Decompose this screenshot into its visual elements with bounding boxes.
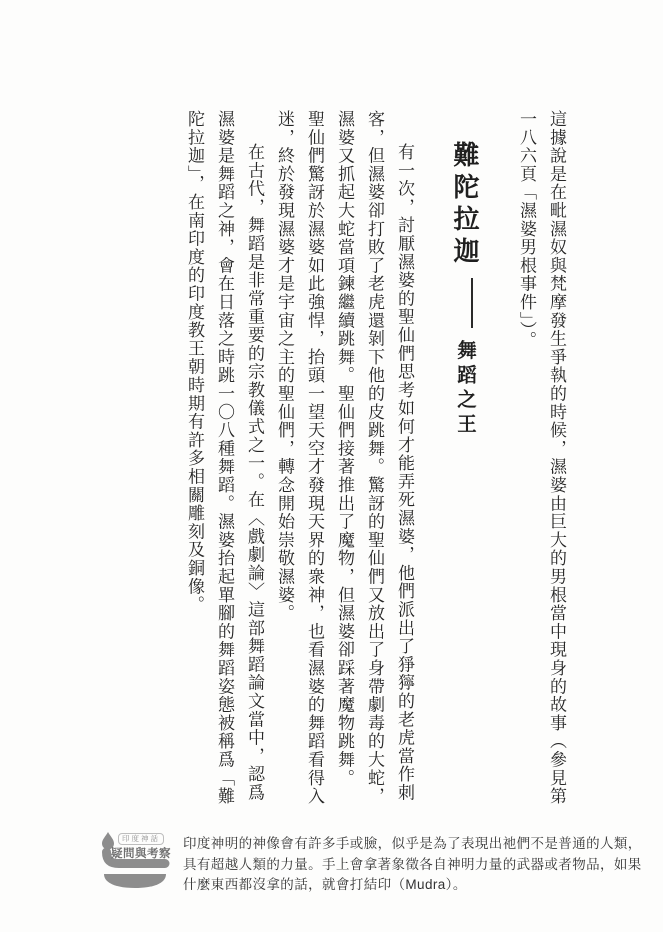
text-column: 聖仙們驚訝於濕婆如此強悍，抬頭一望天空才發現天界的衆神，也看濕婆的舞蹈看得入 <box>299 110 329 810</box>
footer-text-line: 具有超越人類的力量。手上會拿著象徵各自神明力量的武器或者物品，如果 <box>183 855 642 876</box>
heading-sub: 舞蹈之王 <box>454 340 476 438</box>
text-column: 陀拉迦」，在南印度的印度教王朝時期有許多相關雕刻及銅像。 <box>179 110 209 810</box>
book-page: { "main_text": { "intro_note_columns": [… <box>0 0 663 932</box>
series-title-small: 印度神話 <box>118 833 164 845</box>
text-column: 客，但濕婆卻打敗了老虎還剝下他的皮跳舞。驚訝的聖仙們又放出了身帶劇毒的大蛇， <box>359 110 389 810</box>
text-column: 一八六頁「濕婆男根事件」）。 <box>511 110 541 810</box>
text-column: 迷，終於發現濕婆才是宇宙之主的聖仙們，轉念開始崇敬濕婆。 <box>269 110 299 810</box>
text-column: 濕婆又抓起大蛇當項鍊繼續跳舞。聖仙們接著推出了魔物，但濕婆卻踩著魔物跳舞。 <box>329 110 359 810</box>
footer-text-line: 印度神明的神像會有許多手或臉，似乎是為了表現出祂們不是普通的人類， <box>183 834 642 855</box>
main-text-block: 這據說是在毗濕奴與梵摩發生爭執的時候，濕婆由巨大的男根當中現身的故事（參見第一八… <box>179 110 571 810</box>
text-column: 在古代，舞蹈是非常重要的宗教儀式之一。在〈戲劇論〉這部舞蹈論文當中，認爲 <box>239 110 269 810</box>
footer-text: 印度神明的神像會有許多手或臉，似乎是為了表現出祂們不是普通的人類，具有超越人類的… <box>183 830 642 896</box>
footer-text-line: 什麼東西都沒拿的話，就會打結印（Mudra）。 <box>183 875 642 896</box>
heading-main: 難陀拉迦 <box>450 141 480 269</box>
text-column: 有一次，討厭濕婆的聖仙們思考如何才能弄死濕婆，他們派出了猙獰的老虎當作刺 <box>389 110 419 810</box>
text-column: 這據說是在毗濕奴與梵摩發生爭執的時候，濕婆由巨大的男根當中現身的故事（參見第 <box>541 110 571 810</box>
series-title-big: 疑問與考察 <box>111 845 171 861</box>
series-logo: 印度神話 疑問與考察 <box>99 830 171 892</box>
footer-note: 印度神話 疑問與考察 印度神明的神像會有許多手或臉，似乎是為了表現出祂們不是普通… <box>99 830 644 896</box>
text-column: 濕婆是舞蹈之神，會在日落之時跳一〇八種舞蹈。濕婆抬起單腳的舞蹈姿態被稱爲「難 <box>209 110 239 810</box>
section-heading: 難陀拉迦舞蹈之王 <box>442 110 488 810</box>
heading-dash <box>471 278 474 328</box>
